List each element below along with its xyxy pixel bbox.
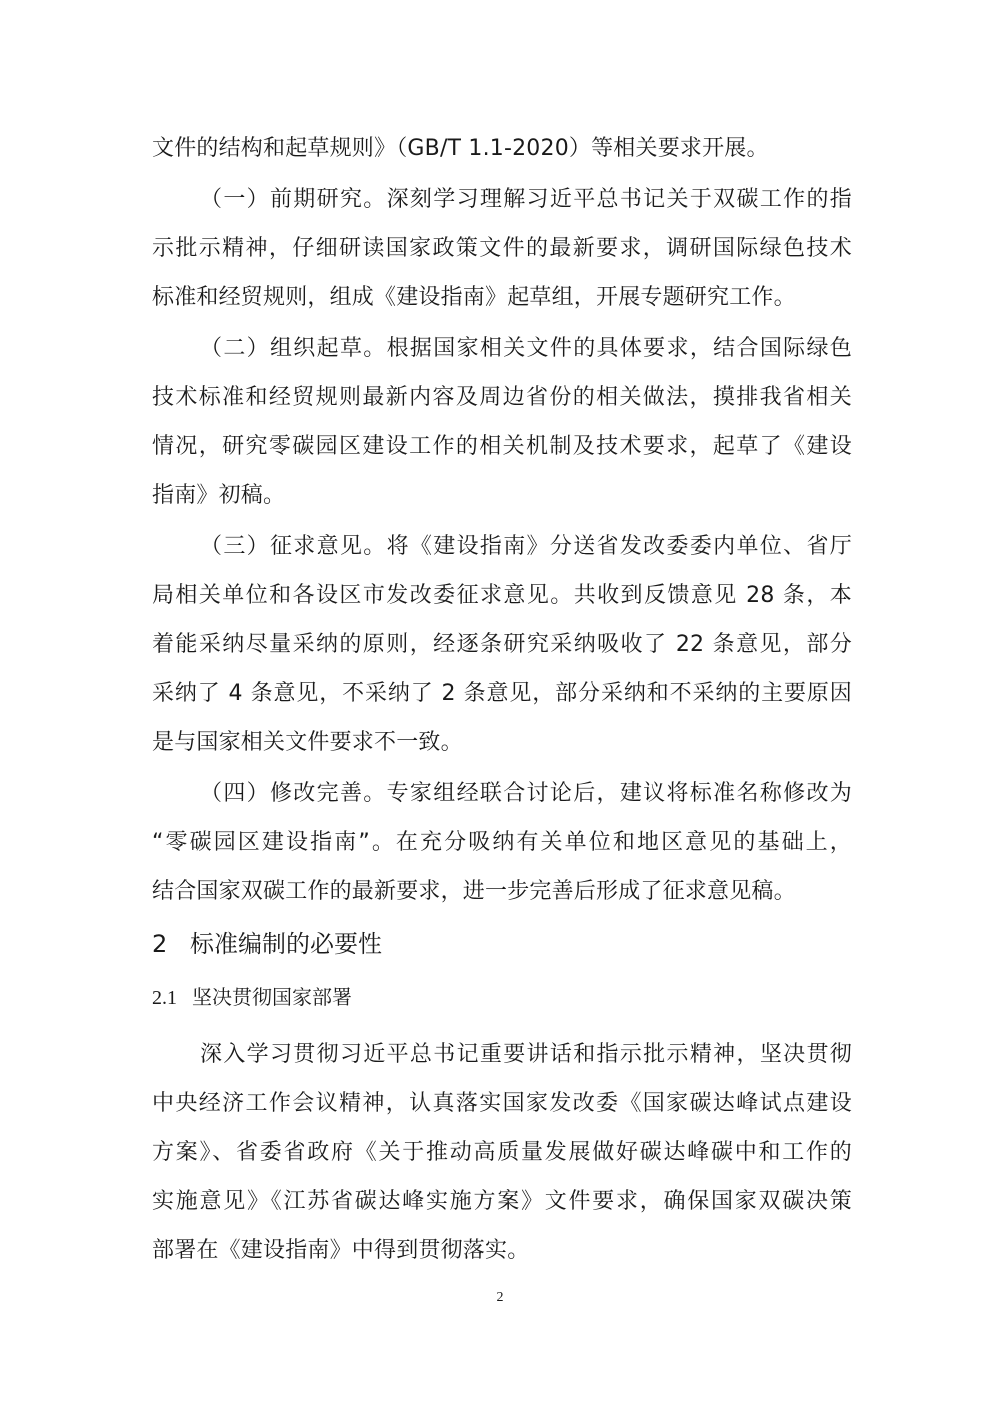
text-line: 部署在《建设指南》中得到贯彻落实。 xyxy=(152,1236,852,1266)
text-line: 方案》、省委省政府《关于推动高质量发展做好碳达峰碳中和工作的 xyxy=(152,1138,852,1168)
page-number: 2 xyxy=(0,1290,1000,1306)
text-line: （四）修改完善。专家组经联合讨论后，建议将标准名称修改为 xyxy=(200,779,852,809)
text-line: 实施意见》《江苏省碳达峰实施方案》文件要求，确保国家双碳决策 xyxy=(152,1187,852,1217)
subsection-number: 2.1 xyxy=(152,984,192,1012)
text-line: 中央经济工作会议精神，认真落实国家发改委《国家碳达峰试点建设 xyxy=(152,1089,852,1119)
text-line: 深入学习贯彻习近平总书记重要讲话和指示批示精神，坚决贯彻 xyxy=(200,1040,852,1070)
text-line: 示批示精神，仔细研读国家政策文件的最新要求，调研国际绿色技术 xyxy=(152,234,852,264)
text-line: 着能采纳尽量采纳的原则，经逐条研究采纳吸收了 22 条意见，部分 xyxy=(152,630,852,660)
text-line: 文件的结构和起草规则》（GB/T 1.1-2020）等相关要求开展。 xyxy=(152,134,852,164)
text-line: 情况，研究零碳园区建设工作的相关机制及技术要求，起草了《建设 xyxy=(152,432,852,462)
text-line: 标准和经贸规则，组成《建设指南》起草组，开展专题研究工作。 xyxy=(152,283,852,313)
text-line: 结合国家双碳工作的最新要求，进一步完善后形成了征求意见稿。 xyxy=(152,877,852,907)
section-number: 2 xyxy=(152,928,190,960)
text-line: （二）组织起草。根据国家相关文件的具体要求，结合国际绿色 xyxy=(200,334,852,364)
subsection-heading: 2.1坚决贯彻国家部署 xyxy=(152,983,352,1012)
document-page: 文件的结构和起草规则》（GB/T 1.1-2020）等相关要求开展。（一）前期研… xyxy=(0,0,1000,1414)
section-heading: 2标准编制的必要性 xyxy=(152,928,382,960)
text-line: （一）前期研究。深刻学习理解习近平总书记关于双碳工作的指 xyxy=(200,185,852,215)
subsection-title: 坚决贯彻国家部署 xyxy=(192,985,352,1009)
text-line: 技术标准和经贸规则最新内容及周边省份的相关做法，摸排我省相关 xyxy=(152,383,852,413)
text-line: 指南》初稿。 xyxy=(152,481,852,511)
section-title: 标准编制的必要性 xyxy=(190,930,382,958)
text-line: （三）征求意见。将《建设指南》分送省发改委委内单位、省厅 xyxy=(200,532,852,562)
text-line: 是与国家相关文件要求不一致。 xyxy=(152,728,852,758)
text-line: 采纳了 4 条意见，不采纳了 2 条意见，部分采纳和不采纳的主要原因 xyxy=(152,679,852,709)
text-line: “零碳园区建设指南”。在充分吸纳有关单位和地区意见的基础上， xyxy=(152,828,852,858)
text-line: 局相关单位和各设区市发改委征求意见。共收到反馈意见 28 条，本 xyxy=(152,581,852,611)
